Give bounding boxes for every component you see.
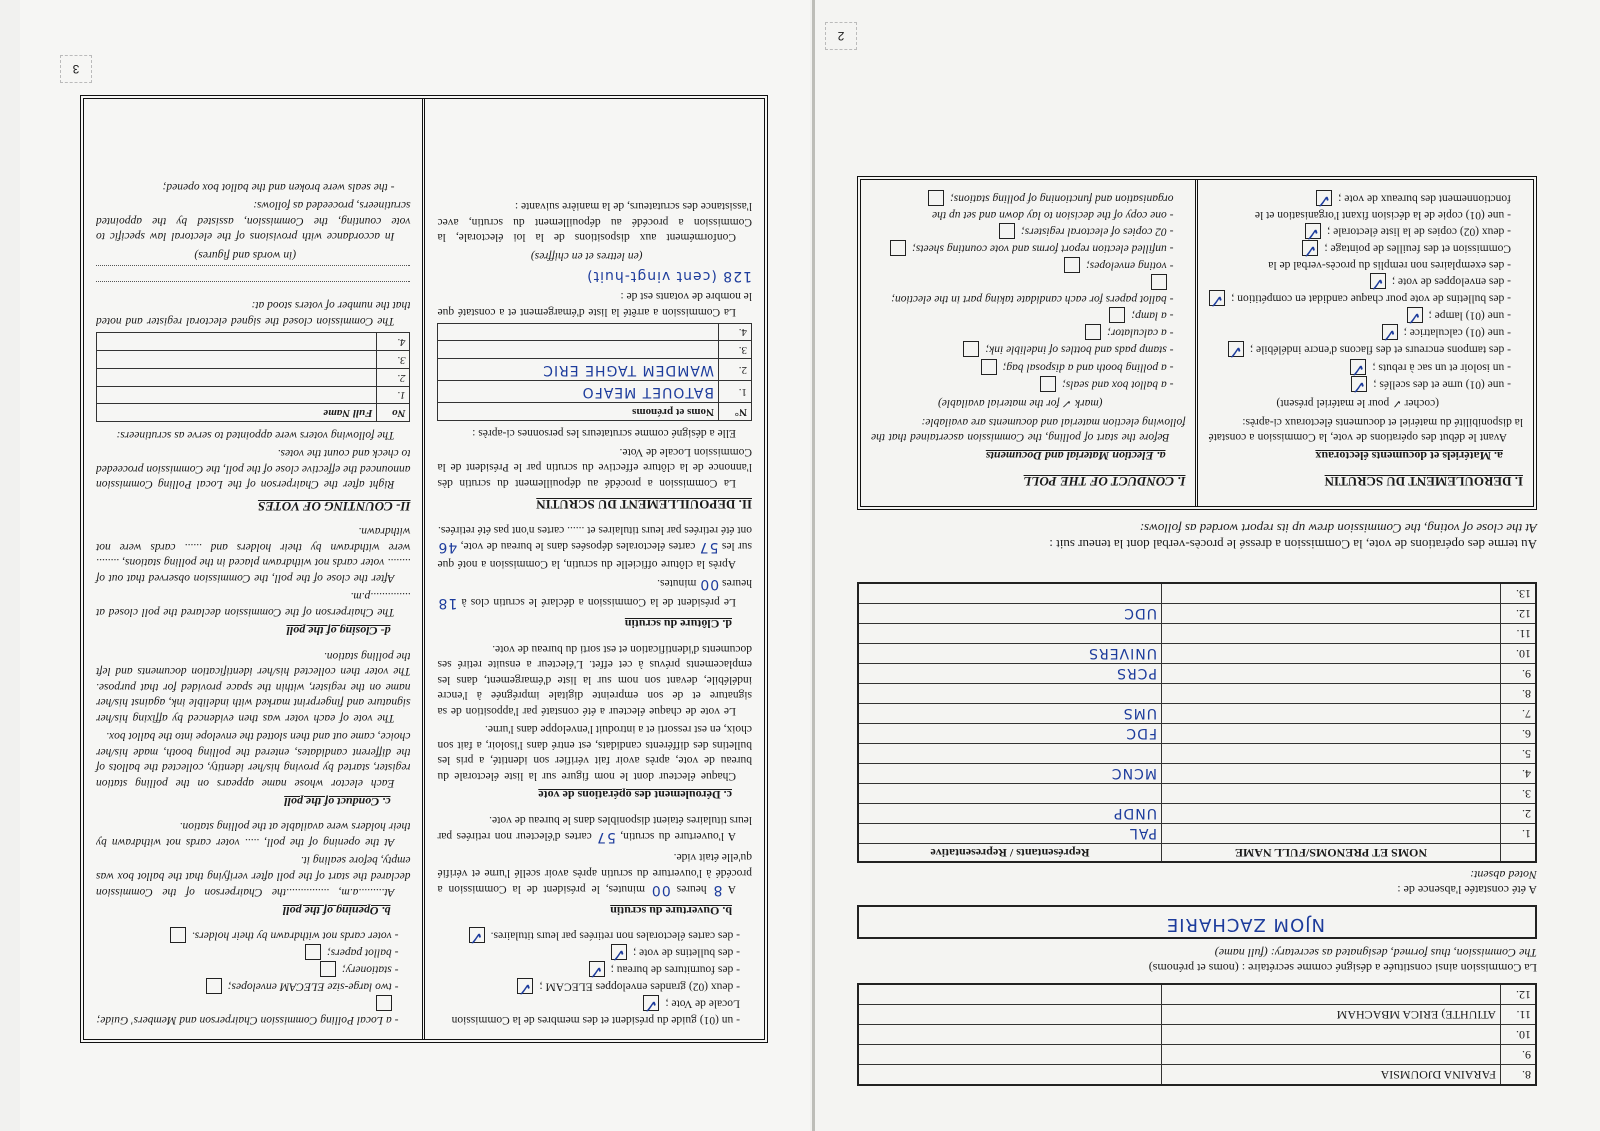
conduct-heading-fr: c. Déroulement des opérations de vote [438, 787, 733, 803]
closing-p2-en: After the close of the poll, the Commiss… [96, 523, 411, 585]
secretary-field: NJOM ZACHARIE [857, 905, 1537, 939]
material-item: des enveloppes de vote ; [1209, 273, 1512, 289]
material-item: un isoloir et un sac à rebuts ; [1209, 358, 1512, 374]
english-column: a Local Polling Commission Chairperson a… [84, 99, 426, 1039]
voters-hint-fr: (en lettres et en chiffres) [438, 247, 753, 263]
checkbox[interactable] [1109, 307, 1125, 323]
material-item: un (01) guide du président et des membre… [438, 995, 741, 1027]
material-item: 02 copies of electoral registers; [871, 223, 1174, 239]
table-row: 9.PCRS [858, 664, 1536, 684]
material-item: a calculator; [871, 324, 1174, 340]
report-intro-en: At the close of voting, the Commission d… [857, 520, 1537, 536]
fr-section: I. DEROULEMENT DU SCRUTIN a. Matériels e… [1199, 180, 1534, 506]
material-item: des cartes électorales non retirées par … [438, 927, 741, 943]
secretary-label-en: The Commission, thus formed, designated … [857, 945, 1537, 960]
material-item: one copy of the decision to lay down and… [871, 190, 1174, 222]
checkbox[interactable] [469, 927, 485, 943]
checkbox[interactable] [928, 190, 944, 206]
material-item: deux (02) copies de la liste électorale … [1209, 223, 1512, 239]
opening-minutes: 00 [651, 882, 671, 898]
table-row: 7.UMS [858, 704, 1536, 724]
table-row: 2.WAMDEM TAGHE ERIC [438, 359, 752, 381]
counting-p4-en: In accordance with provisions of the ele… [96, 197, 411, 244]
material-item: des tampons encreurs et des flacons d'en… [1209, 341, 1512, 357]
en-section-heading: I. CONDUCT OF THE POLL [871, 472, 1186, 490]
page-number: 3 [60, 55, 92, 83]
fr-section-heading: I. DEROULEMENT DU SCRUTIN [1209, 472, 1524, 490]
closing-hour: 18 [438, 595, 458, 611]
fr-section-sub: a. Matériels et documents électoraux [1209, 448, 1504, 464]
materials-list-fr: un (01) guide du président et des membre… [438, 927, 753, 1027]
table-row: 3. [438, 341, 752, 359]
counting-p1-en: Right after the Chairperson of the Local… [96, 445, 411, 492]
secretary-name: NJOM ZACHARIE [1166, 914, 1325, 935]
counting-p3-en: The Commission closed the signed elector… [96, 297, 411, 328]
conduct-p1-fr: Chaque électeur dont le nom figure sur l… [438, 721, 753, 783]
material-item: voter cards not withdrawn by their holde… [96, 927, 399, 943]
counting-p3-fr: La Commission a arrêté la liste d'émarge… [438, 288, 753, 319]
right-page: 2 8.FARAINA DJOUMSIA9.10.11.ATIUHTE) ERI… [812, 0, 1600, 1131]
table-row: 11. [858, 624, 1536, 644]
material-item: des exemplaires non remplis du procès-ve… [1209, 240, 1512, 272]
opening-p2-en: At the opening of the poll, ..... voter … [96, 818, 411, 849]
absent-table: NOMS ET PRENOMS/FULL NAME Représentants … [857, 582, 1537, 863]
material-item: ballot papers; [96, 944, 399, 960]
table-row: 8.FARAINA DJOUMSIA [858, 1065, 1536, 1086]
checkbox[interactable] [981, 359, 997, 375]
table-row: 4. [97, 333, 411, 351]
en-materials-list: a ballot box and seals;a polling booth a… [871, 190, 1186, 392]
left-page: 3 un (01) guide du président et des memb… [20, 0, 810, 1131]
checkbox[interactable] [1382, 324, 1398, 340]
checkbox[interactable] [1316, 190, 1332, 206]
report-intro-fr: Au terme des opérations de vote, la Comm… [857, 536, 1537, 552]
table-row: 1. [97, 386, 411, 404]
material-item: a Local Polling Commission Chairperson a… [96, 995, 399, 1027]
table-row: 3. [97, 350, 411, 368]
material-item: une (01) calculatrice ; [1209, 324, 1512, 340]
table-row: 2. [97, 368, 411, 386]
checkbox[interactable] [1370, 273, 1386, 289]
left-page-frame: un (01) guide du président et des membre… [80, 95, 768, 1043]
material-item: voting envelopes; [871, 257, 1174, 273]
checkbox[interactable] [1040, 376, 1056, 392]
cards-withdrawn: 46 [437, 539, 457, 555]
opening-cards-fr: A l'ouverture du scrutin, 57 cartes d'él… [438, 811, 753, 845]
fr-materials-list: une (01) urne et des scellés ;un isoloir… [1209, 190, 1524, 392]
checkbox[interactable] [1152, 274, 1168, 290]
materials-list-en: a Local Polling Commission Chairperson a… [96, 927, 411, 1027]
counting-heading-en: II- COUNTING OF VOTES [96, 497, 411, 515]
table-row: 5. [858, 744, 1536, 764]
voters-hint-en: (in words and figures) [96, 246, 411, 262]
conduct-frame: I. DEROULEMENT DU SCRUTIN a. Matériels e… [857, 176, 1537, 510]
checkbox[interactable] [206, 978, 222, 994]
cards-not-withdrawn: 57 [596, 829, 616, 845]
table-row: 12. [858, 984, 1536, 1005]
material-item: a ballot box and seals; [871, 376, 1174, 392]
counting-heading-fr: II. DEPOUILLEMENT DU SCRUTIN [438, 496, 753, 514]
table-row: 1.BATOUET MEAFO [438, 381, 752, 403]
french-column: un (01) guide du président et des membre… [426, 99, 765, 1039]
checkbox[interactable] [1085, 324, 1101, 340]
table-row: 10.UNIVERS [858, 644, 1536, 664]
closing-cards-fr: Après la clôture officielle du scrutin, … [438, 521, 753, 571]
material-item: une (01) copie de la décision fixant l'o… [1209, 190, 1512, 222]
material-item: a polling booth and a disposal bag; [871, 358, 1174, 374]
table-row: 1.PAL [858, 824, 1536, 844]
absence-label-en: Noted absent: [857, 867, 1537, 882]
closing-minutes: 00 [699, 576, 719, 592]
checkbox[interactable] [320, 961, 336, 977]
counting-p5-en: - the seals were broken and the ballot b… [96, 178, 411, 194]
opening-text-fr: A 8 heures 00 minutes, le président de l… [438, 849, 753, 899]
checkbox[interactable] [377, 995, 393, 1011]
counting-p1-fr: La Commission a procédé au dépouillement… [438, 443, 753, 490]
material-item: stamp pads and bottles of indelible ink; [871, 341, 1174, 357]
checkbox[interactable] [611, 944, 627, 960]
checkbox[interactable] [1407, 307, 1423, 323]
fr-section-intro: Avant le début des opérations de vote, l… [1209, 413, 1524, 444]
members-table: 8.FARAINA DJOUMSIA9.10.11.ATIUHTE) ERICA… [857, 983, 1537, 1086]
checkbox[interactable] [963, 341, 979, 357]
material-item: ballot papers for each candidate taking … [871, 274, 1174, 306]
cards-deposited: 57 [699, 539, 719, 555]
table-row: 4.MCNC [858, 764, 1536, 784]
checkbox[interactable] [1064, 257, 1080, 273]
scrutineers-table-fr: N° Noms et prénoms 1.BATOUET MEAFO2.WAMD… [438, 323, 753, 421]
en-section: I. CONDUCT OF THE POLL a. Election Mater… [861, 180, 1199, 506]
material-item: des fournitures de bureau ; [438, 961, 741, 977]
checkbox[interactable] [1305, 223, 1321, 239]
conduct-p2-en: The vote of each voter was then evidence… [96, 647, 411, 725]
en-section-hint: (mark ✓ for the material available) [871, 395, 1186, 411]
checkbox[interactable] [1209, 290, 1225, 306]
right-page-content: 8.FARAINA DJOUMSIA9.10.11.ATIUHTE) ERICA… [837, 30, 1557, 1090]
opening-heading-en: b. Opening of the poll [96, 903, 391, 919]
material-item: stationery; [96, 961, 399, 977]
checkbox[interactable] [170, 927, 186, 943]
material-item: des bulletins de vote pour chaque candid… [1209, 290, 1512, 306]
checkbox[interactable] [305, 944, 321, 960]
table-row: 6.FDC [858, 724, 1536, 744]
checkbox[interactable] [589, 961, 605, 977]
counting-p2-en: The following voters were appointed to s… [96, 426, 411, 442]
checkbox[interactable] [643, 995, 659, 1011]
opening-heading-fr: b. Ouverture du scrutin [438, 903, 733, 919]
closing-heading-en: d- Closing of the poll [96, 623, 391, 639]
table-row: 10. [858, 1025, 1536, 1045]
table-row: 4. [438, 323, 752, 341]
counting-p2-fr: Elle a désigné comme scrutateurs les per… [438, 425, 753, 441]
table-row: 2.UNDP [858, 804, 1536, 824]
absence-label-fr: A été constatée l'absence de : [857, 882, 1537, 897]
material-item: une (01) lampe ; [1209, 307, 1512, 323]
opening-p1-en: At.........a.m, ...............the Chair… [96, 852, 411, 899]
material-item: two large-size ELECAM envelopes; [96, 978, 399, 994]
closing-text-fr: Le président de la Commission a déclaré … [438, 574, 753, 612]
secretary-label-fr: La Commission ainsi constituée a désigné… [857, 960, 1537, 975]
table-row: 13. [858, 583, 1536, 604]
table-row: 11.ATIUHTE) ERICA MBACHAM [858, 1005, 1536, 1025]
closing-p1-en: The Chairperson of the Commission declar… [96, 588, 411, 619]
opening-hour: 8 [713, 882, 723, 898]
table-row: 9. [858, 1045, 1536, 1065]
table-row: 3. [858, 784, 1536, 804]
en-section-intro: Before the start of polling, the Commiss… [871, 413, 1186, 444]
checkbox[interactable] [517, 978, 533, 994]
checkbox[interactable] [999, 223, 1015, 239]
voters-count: 128 (cent vingt-huit) [438, 266, 753, 285]
closing-heading-fr: d. Clôture du scrutin [438, 616, 733, 632]
conduct-p2-fr: Le vote de chaque électeur a été constat… [438, 640, 753, 718]
material-item: unfilled election report forms and vote … [871, 240, 1174, 256]
checkbox[interactable] [890, 240, 906, 256]
material-item: a lamp; [871, 307, 1174, 323]
conduct-p1-en: Each elector whose name appears on the p… [96, 728, 411, 790]
table-row: 12.UDC [858, 604, 1536, 624]
checkbox[interactable] [1350, 359, 1366, 375]
counting-p4-fr: Conformément aux dispositions de la loi … [438, 198, 753, 245]
en-section-sub: a. Election Material and Documents [871, 448, 1166, 464]
checkbox[interactable] [1228, 341, 1244, 357]
scrutineers-table-en: No Full Name 1.2.3.4. [96, 332, 411, 422]
conduct-heading-en: c. Conduct of the poll [96, 794, 391, 810]
table-row: 8. [858, 684, 1536, 704]
